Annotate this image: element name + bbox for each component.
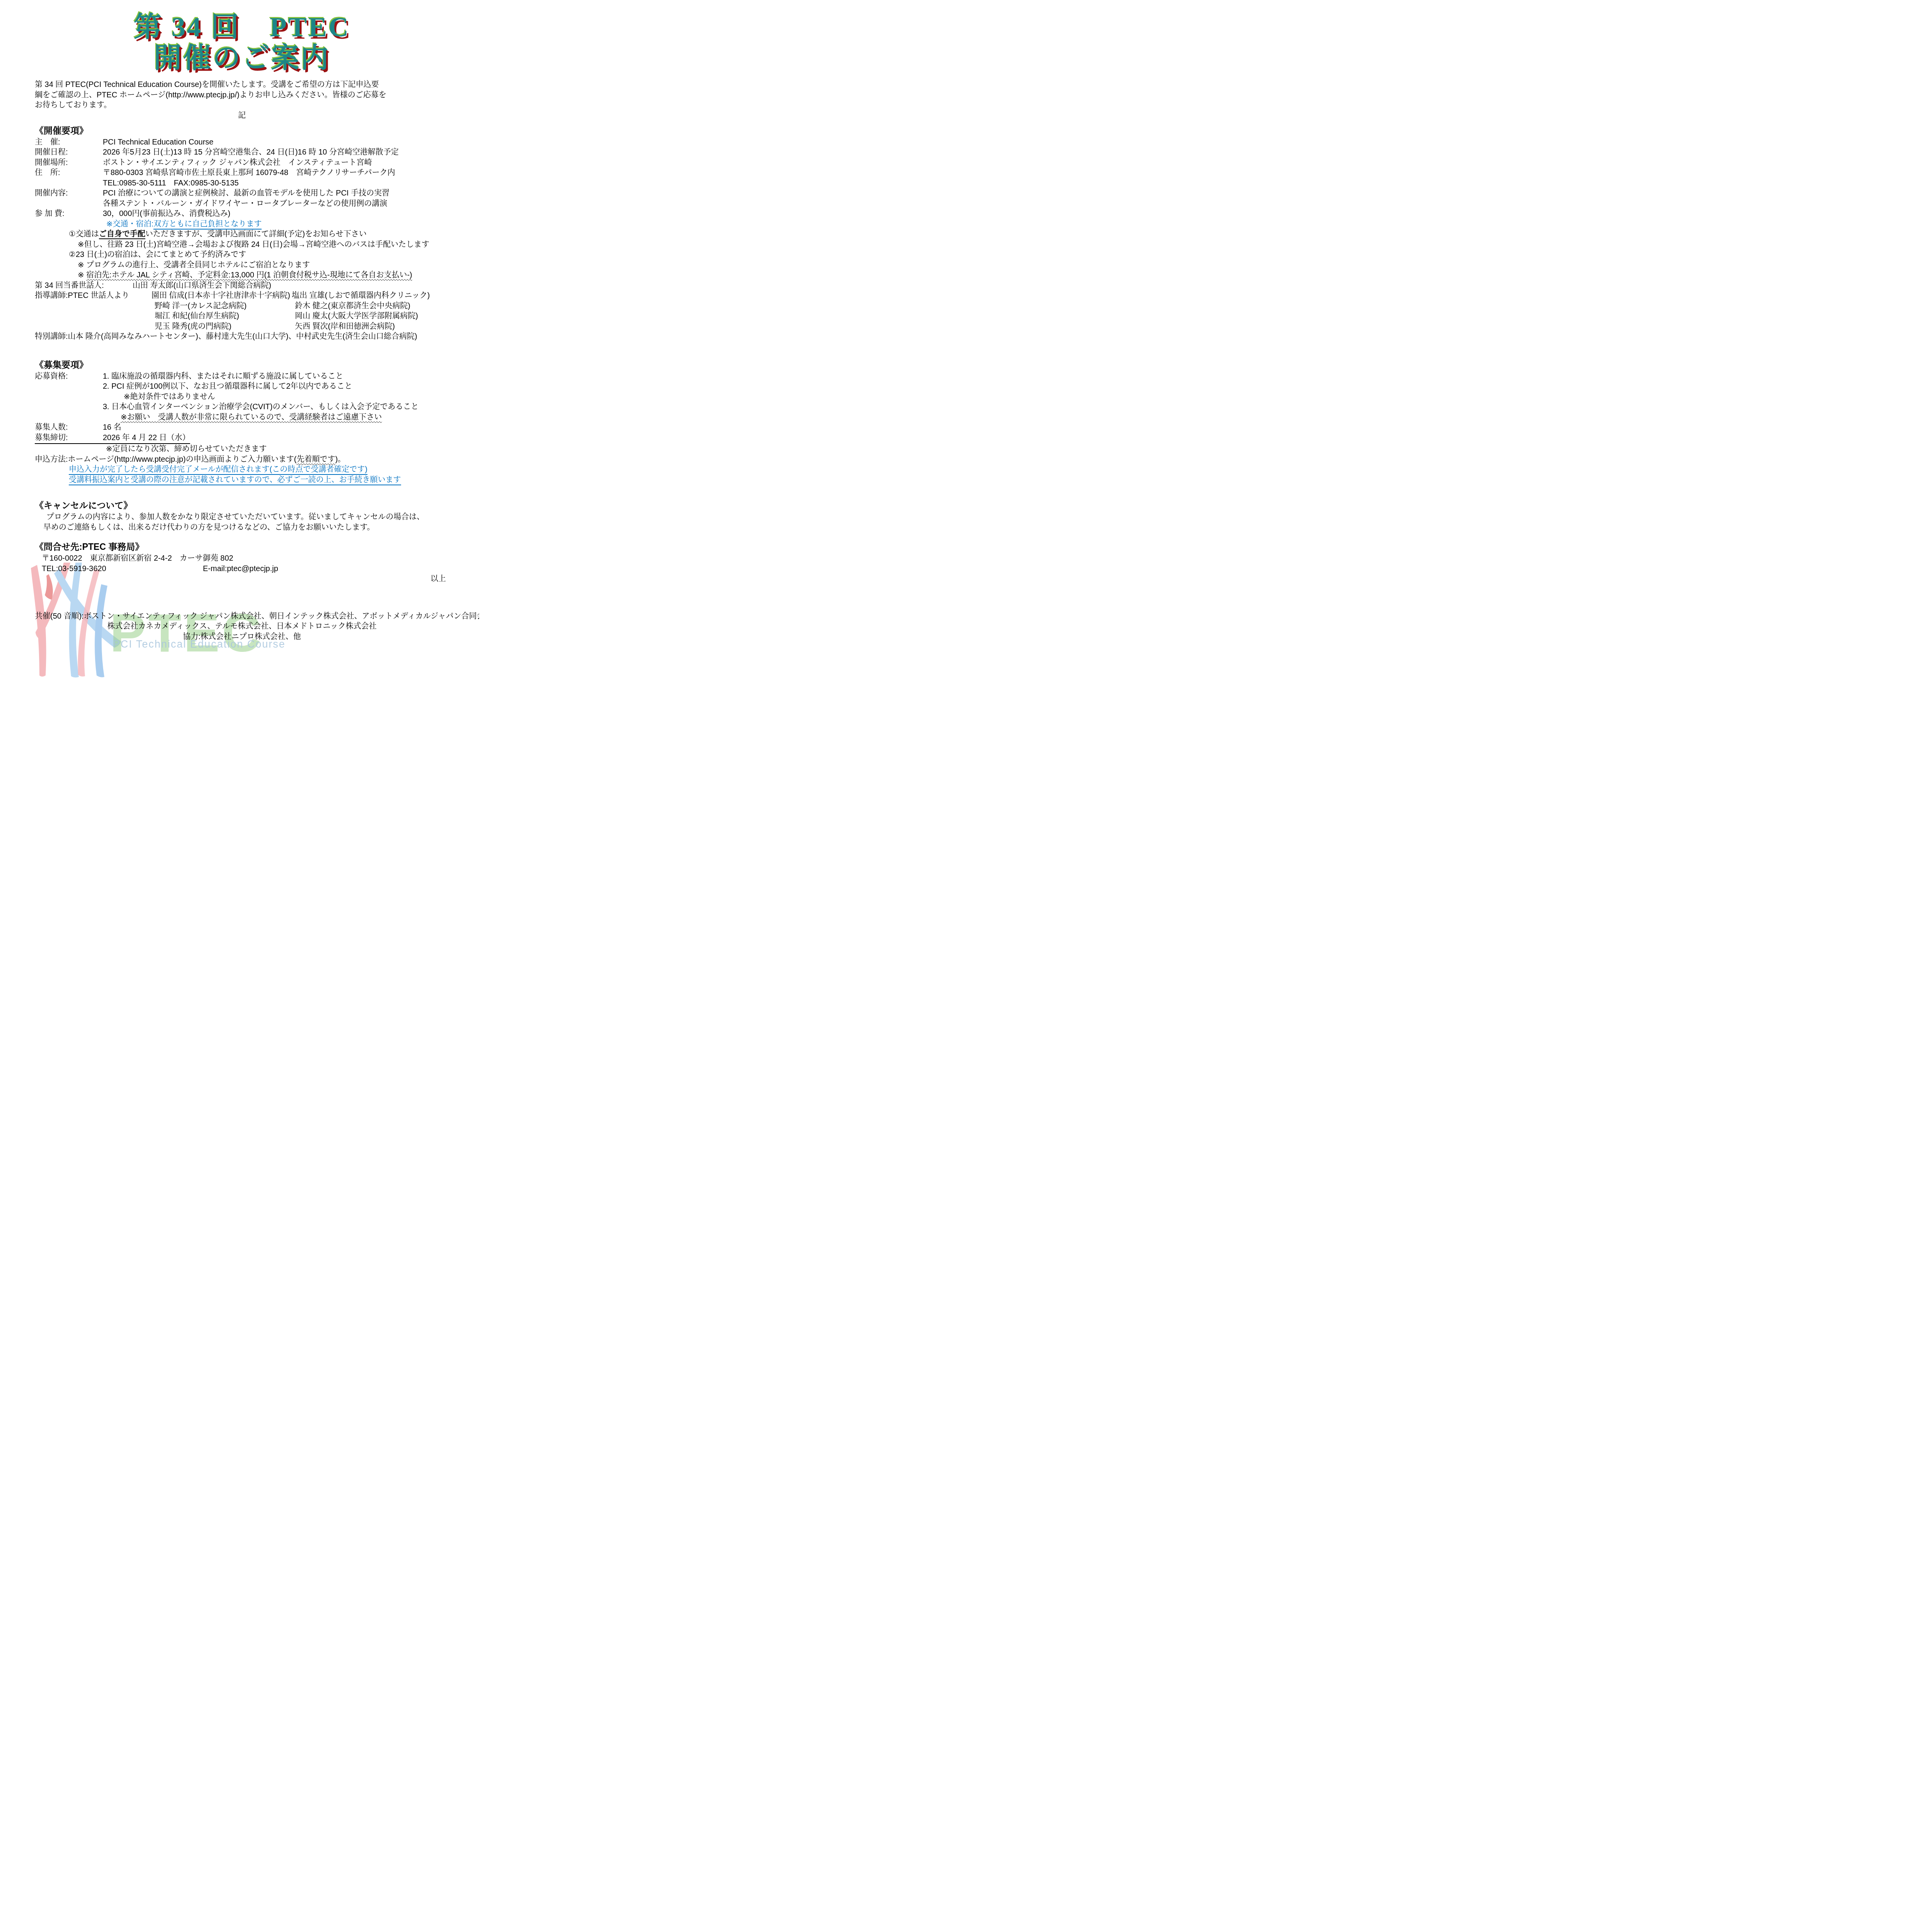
footer-sponsors: 共催(50 音順):ボストン・サイエンティフィック ジャパン株式会社、朝日インテ…: [35, 611, 449, 642]
field-deadline: 募集締切:2026 年 4 月 22 日（水）: [35, 433, 449, 444]
field-content-line2: 各種ステント・バルーン・ガイドワイヤー・ロータブレーターなどの使用例の講演: [35, 199, 449, 209]
footer-cooperation-line: 協力:株式会社ニプロ株式会社、他: [35, 632, 449, 642]
section-cancel-heading: 《キャンセルについて》: [35, 499, 449, 512]
section-bosyu-heading: 《募集要項》: [35, 358, 449, 371]
contact-tel-email: TEL:03-5919-3620 E-mail:ptec@ptecjp.jp: [35, 564, 449, 574]
intro-line2: 綱をご確認の上、PTEC ホームページ(http://www.ptecjp.jp…: [35, 91, 386, 99]
ki-marker: 記: [35, 111, 449, 121]
intro-paragraph: 第 34 回 PTEC(PCI Technical Education Cour…: [35, 80, 449, 111]
note-transport-lodging: ※交通・宿泊:双方ともに自己負担となります: [35, 219, 449, 230]
footer-cosponsor-line2: 株式会社カネカメディックス、テルモ株式会社、日本メドトロニック株式会社: [35, 621, 449, 632]
field-application-method: 申込方法:ホームページ(http://www.ptecjp.jp)の申込画面より…: [35, 454, 449, 465]
field-eligibility: 応募資格: 1. 臨床施設の循環器内科、またはそれに順ずる施設に属していること: [35, 371, 449, 382]
cancel-line2: 早めのご連絡もしくは、出来るだけ代わりの方を見つけるなどの、ご協力をお願いいたし…: [35, 522, 449, 533]
note-hotel: ※ 宿泊先:ホテル JAL シティ宮崎、予定料金:13,000 円(1 泊朝食付…: [35, 270, 449, 281]
page-title-line2: 開催のご案内: [154, 43, 330, 73]
field-address: 住 所: 〒880-0303 宮崎県宮崎市佐土原長東上那珂 16079-48 宮…: [35, 168, 449, 178]
section-contact-heading: 《問合せ先:PTEC 事務局》: [35, 540, 449, 553]
field-organizer: 主 催: PCI Technical Education Course: [35, 137, 449, 148]
note-item2-lodging: ②23 日(土)の宿泊は、会にてまとめて予約済みです: [35, 250, 449, 260]
field-eligibility-item2: 2. PCI 症例が100例以下、なお且つ循環器科に属して2年以内であること: [35, 381, 449, 392]
field-content: 開催内容: PCI 治療についての講演と症例検討、最新の血管モデルを使用した P…: [35, 188, 449, 199]
field-instructors-row1: 指導講師:PTEC 世話人より 園田 信成(日本赤十字社唐津赤十字病院) 塩出 …: [35, 291, 449, 301]
page-title-line1: 第 34 回 PTEC: [134, 12, 350, 43]
contact-address: 〒160-0022 東京都新宿区新宿 2-4-2 カーサ御苑 802: [35, 553, 449, 564]
note-bus: ※但し、往路 23 日(土)宮崎空港→会場および復路 24 日(日)会場→宮崎空…: [35, 240, 449, 250]
field-instructors-row3: 堀江 和紀(仙台厚生病院) 岡山 慶太(大阪大学医学部附属病院): [35, 311, 449, 321]
field-instructors-row4: 児玉 隆秀(虎の門病院) 矢西 賢次(岸和田徳洲会病院): [35, 321, 449, 332]
footer-cosponsor-line1: 共催(50 音順):ボストン・サイエンティフィック ジャパン株式会社、朝日インテ…: [35, 611, 449, 622]
note-same-hotel: ※ プログラムの進行上、受講者全員同じホテルにご宿泊となります: [35, 260, 449, 270]
intro-line1: 第 34 回 PTEC(PCI Technical Education Cour…: [35, 80, 379, 89]
contact-tel: TEL:03-5919-3620: [42, 564, 203, 574]
intro-line3: お待ちしております。: [35, 101, 111, 109]
field-caretaker: 第 34 回当番世話人: 山田 寿太郎(山口県済生会下関総合病院): [35, 281, 449, 291]
note-onegai: ※お願い 受講人数が非常に限られているので、受講経験者はご遠慮下さい: [35, 412, 449, 423]
field-capacity: 募集人数: 16 名: [35, 422, 449, 433]
field-instructors-row2: 野崎 洋一(カレス記念病院) 鈴木 健之(東京都済生会中央病院): [35, 301, 449, 311]
closing-ijou: 以上: [35, 574, 449, 584]
cancel-line1: プログラムの内容により、参加人数をかなり限定させていただいています。従いましてキ…: [35, 512, 449, 522]
note-confirmation-mail: 申込入力が完了したら受講受付完了メールが配信されます(この時点で受講者確定です): [35, 464, 449, 475]
note-not-absolute: ※絶対条件ではありません: [35, 392, 449, 402]
field-venue-tel-fax: TEL:0985-30-5111 FAX:0985-30-5135: [35, 178, 449, 189]
field-special-lecturers: 特別講師:山本 隆介(高岡みなみハートセンター)、藤村達大先生(山口大学)、中村…: [35, 332, 449, 342]
document-page: PTEC PCI Technical Education Course 第 34…: [0, 0, 479, 678]
page-title: 第 34 回 PTEC 開催のご案内: [35, 12, 449, 73]
field-eligibility-item3: 3. 日本心血管インターベンション治療学会(CVIT)のメンバー、もしくは入会予…: [35, 402, 449, 412]
document-content: 第 34 回 PTEC 開催のご案内 第 34 回 PTEC(PCI Techn…: [0, 0, 479, 642]
note-payment-guide: 受講料振込案内と受講の際の注意が記載されていますので、必ずご一読の上、お手続き願…: [35, 475, 449, 485]
field-fee: 参 加 費: 30，000円(事前振込み、消費税込み): [35, 209, 449, 219]
note-teiin: ※定員になり次第、締め切らせていただきます: [35, 444, 449, 454]
contact-email: E-mail:ptec@ptecjp.jp: [203, 564, 278, 574]
section-kaisai-heading: 《開催要項》: [35, 124, 449, 137]
note-item1-transport: ①交通はご自身で手配いただきますが、受講申込画面にて詳細(予定)をお知らせ下さい: [35, 229, 449, 240]
field-venue: 開催場所: ボストン・サイエンティフィック ジャパン株式会社 インスティテュート…: [35, 158, 449, 168]
field-schedule: 開催日程: 2026 年5月23 日(土)13 時 15 分宮崎空港集合、24 …: [35, 147, 449, 158]
